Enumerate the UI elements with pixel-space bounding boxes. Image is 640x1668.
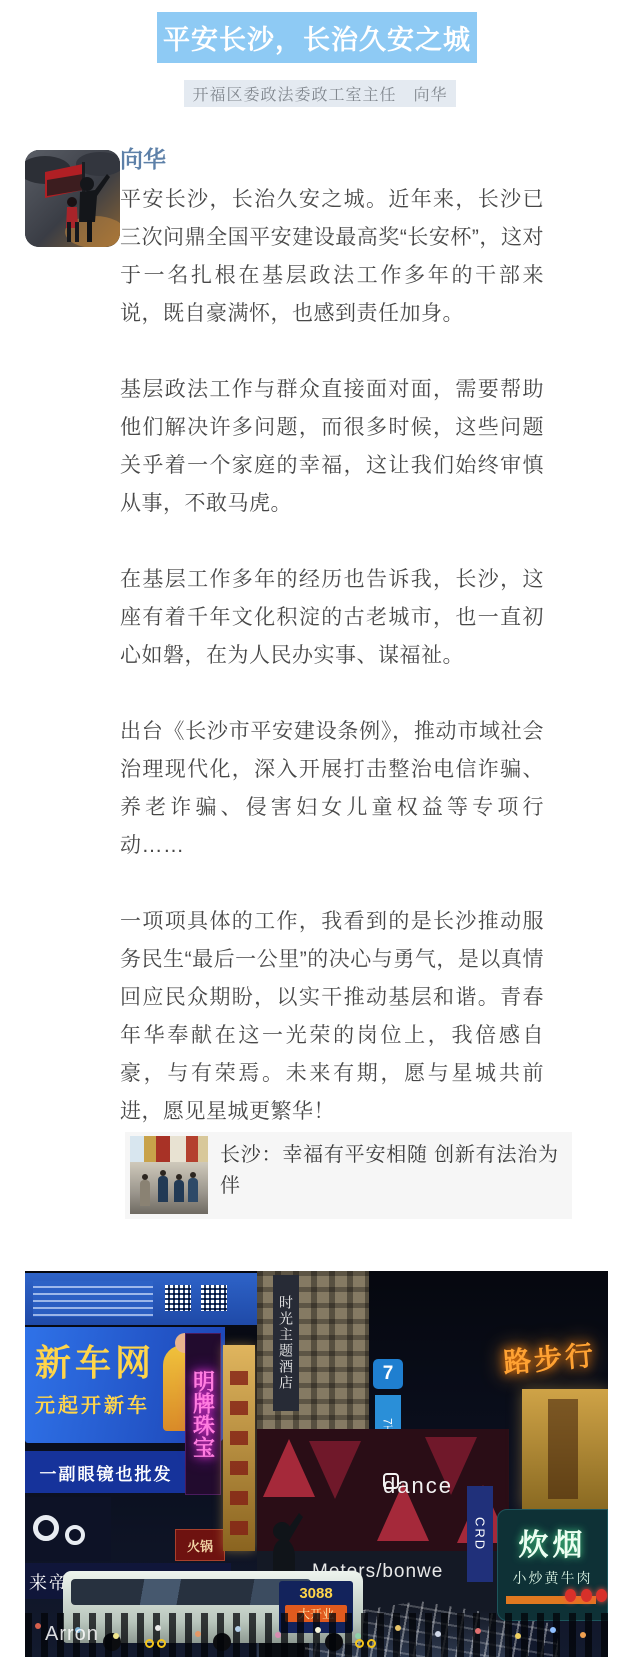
sign-xinchewang: 新车网 [35, 1335, 155, 1386]
shared-bike [355, 1639, 364, 1648]
hotel-sign-text: 时光主题酒店 [276, 1295, 296, 1391]
crowd-color-specks [35, 1623, 41, 1629]
photo-watermark: Arron [45, 1623, 99, 1646]
qr-code [201, 1285, 227, 1311]
paragraph-5: 一项项具体的工作，我看到的是长沙推动服务民生“最后一公里”的决心与勇气，是以真情… [120, 903, 544, 1131]
red-lantern [565, 1589, 576, 1602]
thumb-street-signs [130, 1136, 208, 1162]
pedestrian-figure [140, 1180, 150, 1206]
linked-article-card[interactable]: 长沙：幸福有平安相随 创新有法治为伴 [125, 1132, 572, 1219]
qr-code [165, 1285, 191, 1311]
sign-chuiyan: 炊烟 [498, 1520, 607, 1564]
led-triangle [263, 1439, 315, 1497]
sign-crd: CRD [467, 1486, 493, 1582]
gold-building [522, 1389, 608, 1509]
shared-bike [367, 1639, 376, 1648]
dance-text: dance [383, 1473, 453, 1499]
paragraph-3: 在基层工作多年的经历也告诉我，长沙，这座有着千年文化积淀的古老城市，也一直初心如… [120, 561, 544, 675]
paragraph-1: 平安长沙，长治久安之城。近年来，长沙已三次问鼎全国平安建设最高奖“长安杯”，这对… [120, 181, 544, 333]
article-page: 平安长沙，长治久安之城 开福区委政法委政工室主任 向华 [0, 0, 640, 1668]
billboard-top-banner [25, 1273, 257, 1325]
sign-hotel-vertical: 时光主题酒店 [273, 1275, 299, 1411]
led-triangle [309, 1441, 361, 1499]
byline-row: 开福区委政法委政工室主任 向华 [0, 80, 640, 107]
article-body: 向华 平安长沙，长治久安之城。近年来，长沙已三次问鼎全国平安建设最高奖“长安杯”… [120, 142, 544, 1131]
shared-bike [145, 1639, 154, 1648]
paragraph-4: 出台《长沙市平安建设条例》，推动市域社会治理现代化，深入开展打击整治电信诈骗、养… [120, 713, 544, 865]
sign-7days-logo: 7 [373, 1359, 403, 1389]
jewelry-ad-panel [25, 1497, 111, 1561]
restaurant-sign-board: 炊烟 小炒黄牛肉 [497, 1509, 608, 1621]
police-figure [174, 1180, 184, 1202]
neon-sign-mingpai: 明牌珠宝 [185, 1333, 221, 1495]
city-night-photo: 新车网 元起开新车 一副眼镜也批发 来帝 钻戒定制中心 火锅 明牌珠宝 时光主题… [25, 1271, 608, 1657]
crd-text: CRD [473, 1517, 488, 1551]
sign-kaixinche: 元起开新车 [35, 1389, 150, 1418]
bus-windows [71, 1579, 311, 1605]
ring-graphic [33, 1515, 59, 1541]
author-avatar [25, 150, 120, 247]
author-name: 向华 [120, 142, 544, 176]
bus-ad-number: 3088 [279, 1585, 353, 1602]
avatar-art [25, 150, 120, 247]
linked-article-thumbnail [130, 1136, 208, 1214]
article-title-badge: 平安长沙，长治久安之城 [157, 12, 477, 63]
linked-article-title: 长沙：幸福有平安相随 创新有法治为伴 [208, 1132, 572, 1202]
byline-text: 开福区委政法委政工室主任 向华 [184, 80, 455, 107]
sign-hotpot: 火锅 [175, 1529, 225, 1561]
shared-bike [157, 1639, 166, 1648]
sign-glasses: 一副眼镜也批发 [25, 1451, 187, 1493]
ring-graphic [65, 1525, 85, 1545]
sign-beef: 小炒黄牛肉 [498, 1568, 607, 1588]
red-lantern [581, 1589, 592, 1602]
pedestrian-crowd [25, 1613, 608, 1657]
sign-lubuxing-neon: 路步行 [501, 1325, 608, 1390]
paragraph-2: 基层政法工作与群众直接面对面，需要帮助他们解决许多问题，而很多时候，这些问题关乎… [120, 371, 544, 523]
red-lantern [596, 1589, 607, 1602]
police-figure [158, 1176, 168, 1202]
police-figure [188, 1178, 198, 1202]
sign-mingpai-text: 明牌珠宝 [188, 1370, 219, 1458]
banner-text-lines [33, 1281, 153, 1317]
